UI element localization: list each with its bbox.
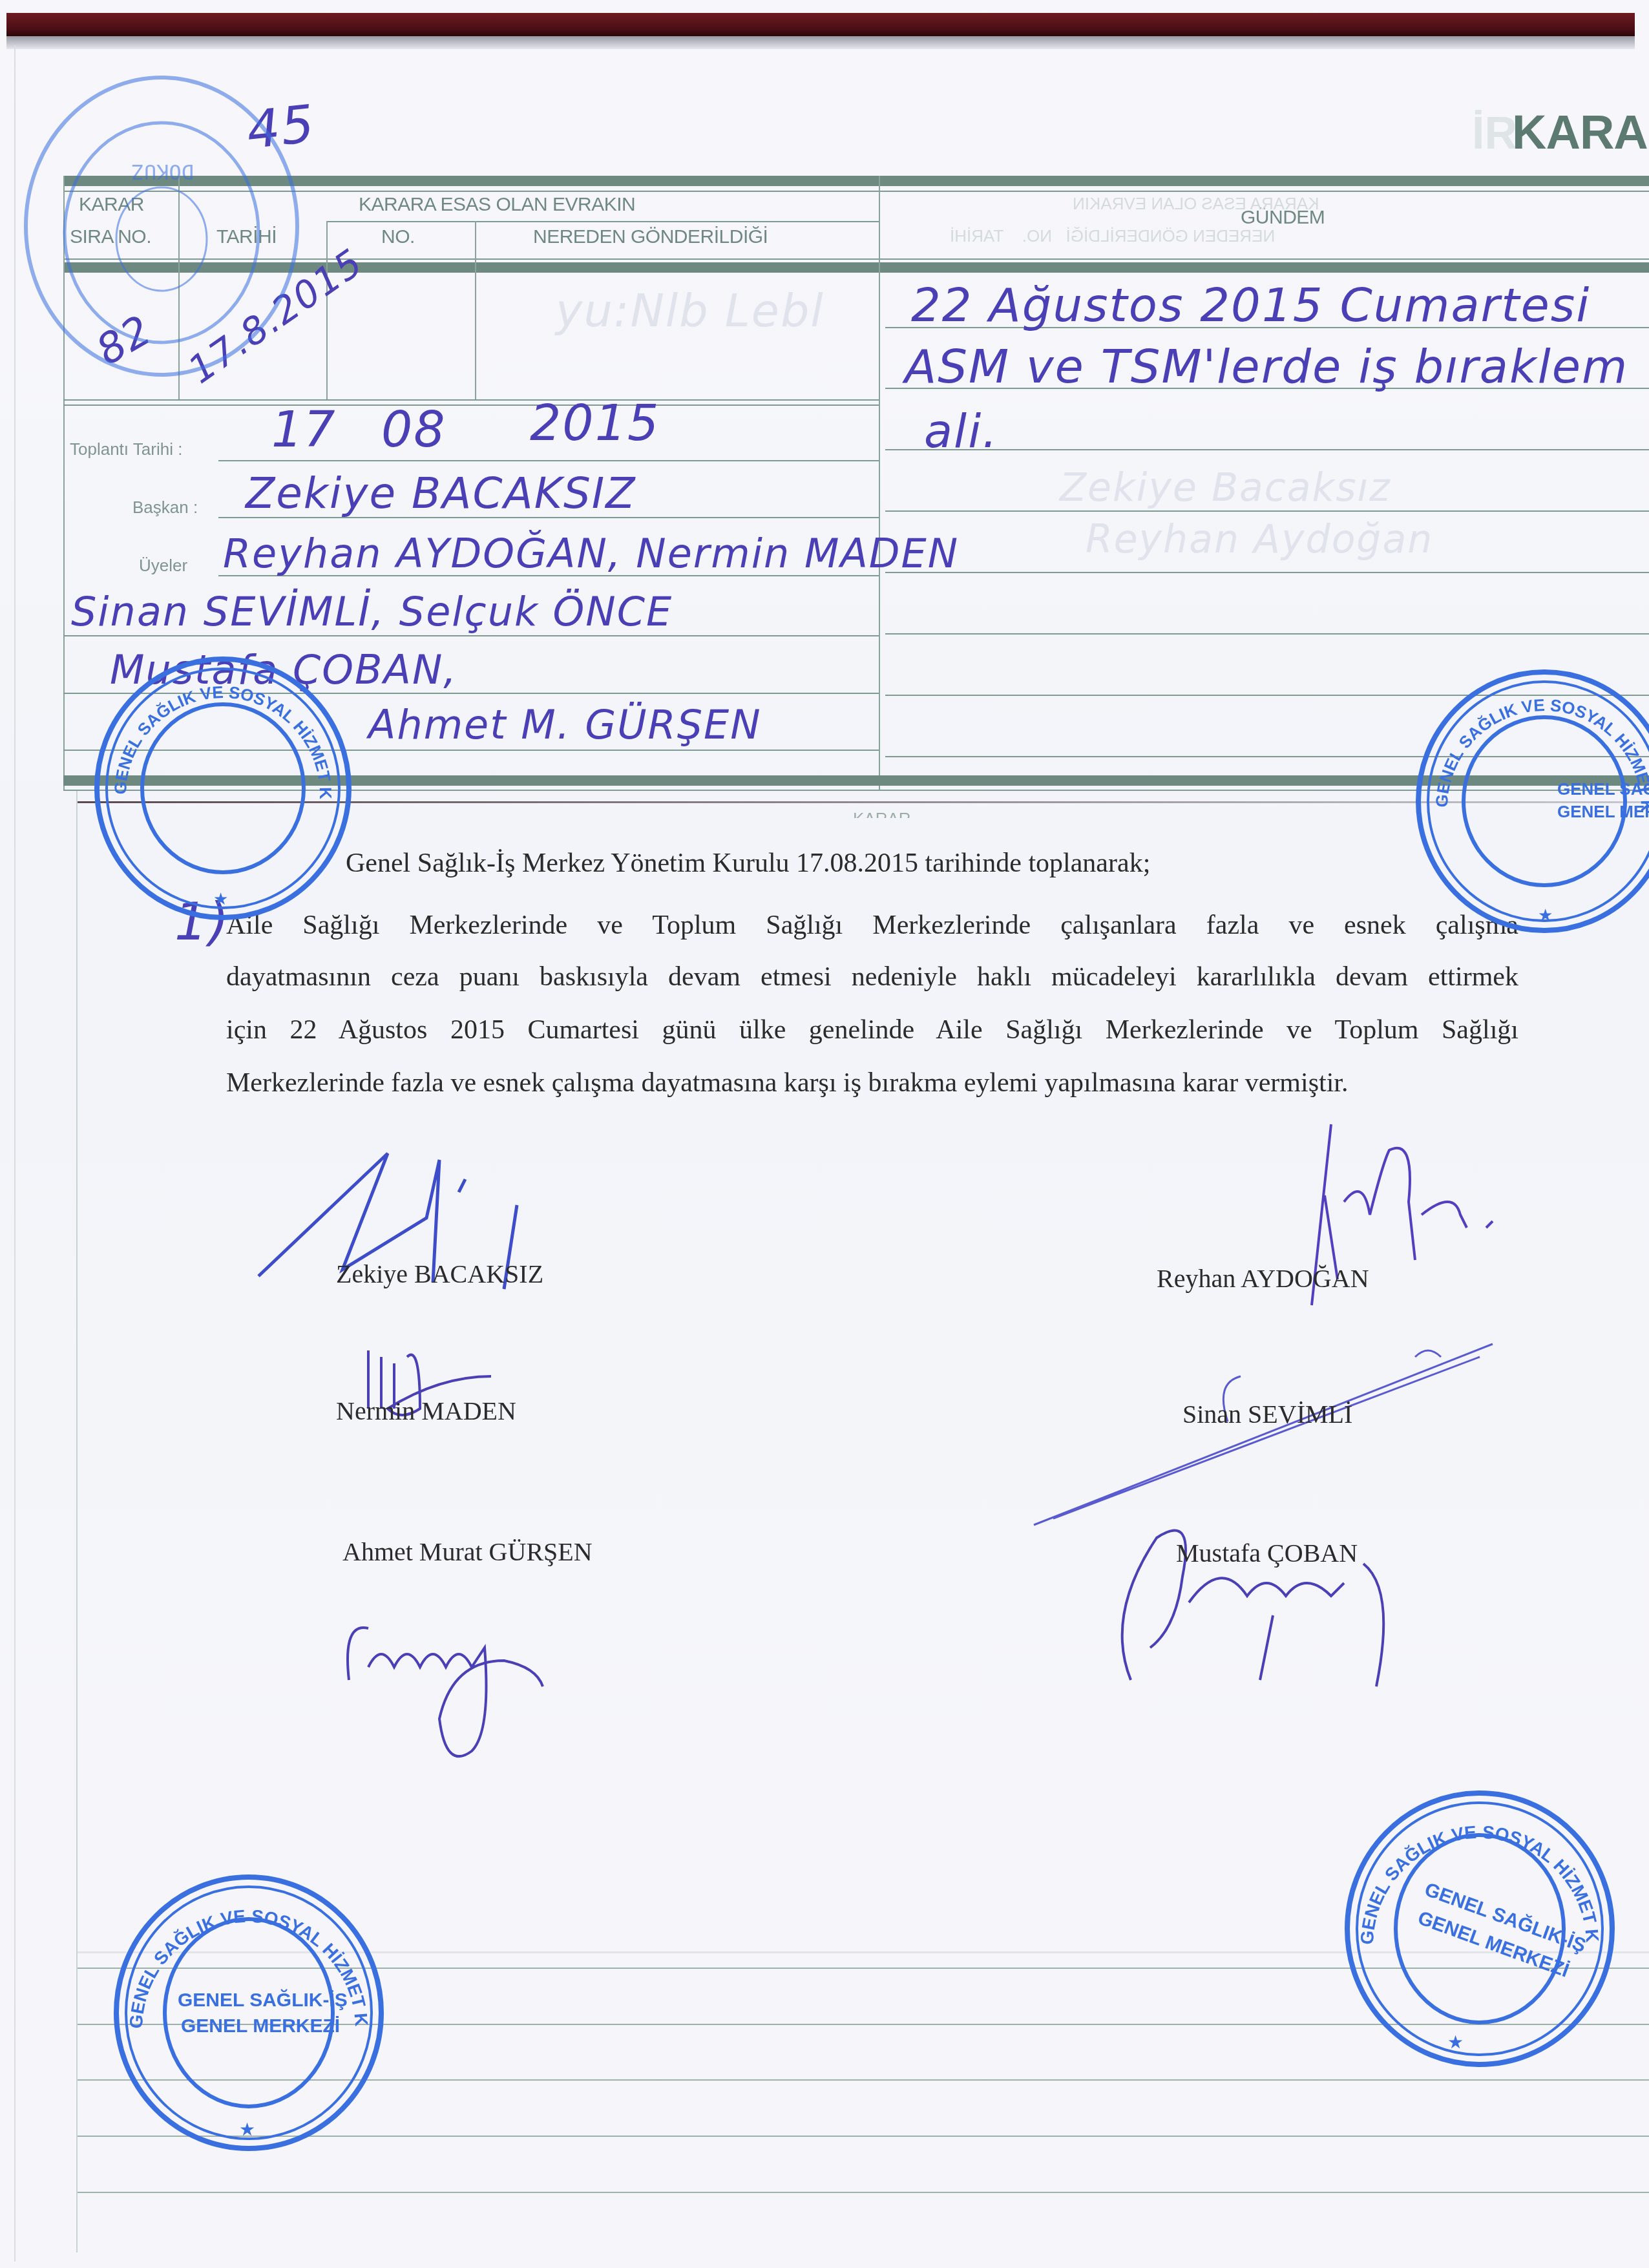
- signatory-name-4: Sinan SEVİMLİ: [1182, 1399, 1352, 1429]
- svg-text:★: ★: [1538, 905, 1553, 925]
- toplanti-tarihi-month: 08: [381, 401, 446, 458]
- book-binding: [6, 13, 1635, 36]
- nereden-header: NEREDEN GÖNDERİLDİĞİ: [533, 226, 768, 248]
- toplanti-tarihi-day: 17: [271, 401, 337, 458]
- svg-text:★: ★: [1447, 2032, 1464, 2052]
- toplanti-tarihi-year: 2015: [530, 394, 660, 452]
- uyeler-line-2: [63, 635, 879, 636]
- gundem-line-6: [885, 633, 1649, 635]
- signatory-name-6: Mustafa ÇOBAN: [1176, 1538, 1358, 1568]
- union-stamp-top-left: GENEL SAĞLIK VE SOSYAL HİZMET KOLU KAMU …: [87, 653, 365, 927]
- col-divider-no: [475, 221, 476, 399]
- scanned-page: İR KARA 45 KARAR SIRA NO. TARİHİ KARARA …: [0, 0, 1649, 2268]
- signature-mustafa: [1092, 1486, 1454, 1696]
- signatory-name-3: Nermin MADEN: [336, 1396, 516, 1426]
- gundem-line-3: [885, 449, 1649, 450]
- uyeler-line-1-text: Reyhan AYDOĞAN, Nermin MADEN: [223, 530, 959, 577]
- gundem-line-1-text: 22 Ağustos 2015 Cumartesi: [911, 278, 1590, 332]
- signatory-name-1: Zekiye BACAKSIZ: [336, 1259, 543, 1289]
- svg-text:GENEL SAĞLIK-İŞ: GENEL SAĞLIK-İŞ: [1557, 779, 1649, 799]
- decision-body-line-1: Aile Sağlığı Merkezlerinde ve Toplum Sağ…: [226, 910, 1518, 941]
- signature-ahmet: [342, 1602, 549, 1761]
- uyeler-line-4-text: Ahmet M. GÜRŞEN: [368, 701, 762, 748]
- evrak-header: KARARA ESAS OLAN EVRAKIN: [359, 194, 635, 216]
- gundem-line-3-text: ali.: [924, 404, 998, 458]
- uyeler-line-2-text: Sinan SEVİMLİ, Selçuk ÖNCE: [71, 588, 673, 635]
- decision-body-line-3: için 22 Ağustos 2015 Cumartesi günü ülke…: [226, 1014, 1518, 1045]
- showthrough-header-2: NEREDEN GÖNDERİLDİĞİ NO. TARİHİ: [950, 226, 1275, 246]
- form-title: KARA: [1512, 105, 1648, 160]
- svg-text:★: ★: [239, 2119, 255, 2139]
- no-header: NO.: [381, 226, 415, 248]
- evrak-subrule: [326, 221, 879, 222]
- toplanti-tarihi-label: Toplantı Tarihi :: [70, 439, 182, 459]
- showthrough-gundem-2: Reyhan Aydoğan: [1086, 517, 1433, 562]
- showthrough-gundem: Zekiye Bacaksız: [1060, 465, 1391, 510]
- decision-intro: Genel Sağlık-İş Merkez Yönetim Kurulu 17…: [346, 848, 1150, 879]
- union-stamp-top-right: GENEL SAĞLIK VE SOSYAL HİZMET KOLU KAMU …: [1409, 666, 1649, 940]
- gundem-line-5: [885, 572, 1649, 573]
- svg-text:GENEL MERKEZİ: GENEL MERKEZİ: [1557, 802, 1649, 821]
- col-divider-gundem: [879, 176, 880, 790]
- page-bottom-left-rule: [76, 791, 78, 2252]
- row-divider: [63, 399, 879, 401]
- svg-text:GENEL MERKEZİ: GENEL MERKEZİ: [181, 2015, 340, 2037]
- svg-text:★: ★: [213, 889, 228, 908]
- gundem-line-2-text: ASM ve TSM'lerde iş bıraklem: [905, 339, 1628, 394]
- uyeler-label: Üyeler: [139, 556, 187, 576]
- showthrough-handwriting: yu:Nlb Lebl: [556, 284, 824, 337]
- karar-section-label: KARAR: [853, 809, 911, 829]
- decision-body-line-4: Merkezlerinde fazla ve esnek çalışma day…: [226, 1067, 1518, 1098]
- binding-shadow: [6, 36, 1635, 49]
- union-stamp-bottom-left: GENEL SAĞLIK VE SOSYAL HİZMET KOLU KAMU …: [107, 1874, 391, 2155]
- ruled-line-5: [78, 2192, 1649, 2193]
- decision-body-line-2: dayatmasının ceza puanı baskısıyla devam…: [226, 961, 1518, 992]
- union-stamp-bottom-right: GENEL SAĞLIK VE SOSYAL HİZMET KOLU KAMU …: [1338, 1790, 1622, 2071]
- svg-text:GENEL SAĞLIK-İŞ: GENEL SAĞLIK-İŞ: [178, 1989, 348, 2011]
- notary-stamp-text: DOKUZ: [132, 160, 194, 184]
- row-divider-inner: [63, 404, 879, 406]
- signatory-name-2: Reyhan AYDOĞAN: [1157, 1263, 1369, 1294]
- showthrough-header: KARARA ESAS OLAN EVRAKIN: [1073, 194, 1319, 214]
- notary-stamp: DOKUZ: [13, 65, 336, 378]
- baskan-label: Başkan :: [132, 498, 198, 518]
- gundem-line-4: [885, 510, 1649, 512]
- toplanti-tarihi-line: [218, 460, 879, 461]
- baskan-value: Zekiye BACAKSIZ: [246, 468, 636, 518]
- signatory-name-5: Ahmet Murat GÜRŞEN: [342, 1537, 593, 1567]
- title-ghost-letter: İR: [1472, 107, 1517, 159]
